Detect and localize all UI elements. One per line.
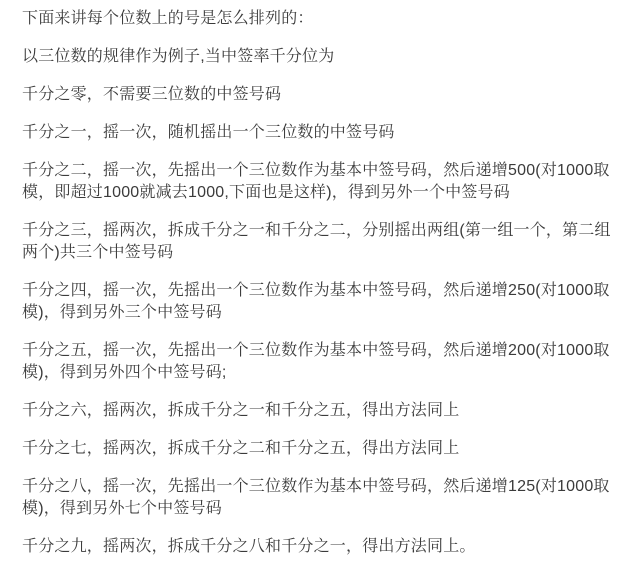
paragraph-rate-2: 千分之二，摇一次，先摇出一个三位数作为基本中签号码，然后递增500(对1000取… [22, 160, 622, 204]
paragraph-rate-0: 千分之零，不需要三位数的中签号码 [22, 84, 622, 106]
paragraph-rate-8: 千分之八，摇一次，先摇出一个三位数作为基本中签号码，然后递增125(对1000取… [22, 476, 622, 520]
article-body: 下面来讲每个位数上的号是怎么排列的： 以三位数的规律作为例子,当中签率千分位为 … [0, 0, 640, 579]
paragraph-rate-1: 千分之一，摇一次，随机摇出一个三位数的中签号码 [22, 122, 622, 144]
paragraph-rate-4: 千分之四，摇一次，先摇出一个三位数作为基本中签号码，然后递增250(对1000取… [22, 280, 622, 324]
paragraph-example-note: 以三位数的规律作为例子,当中签率千分位为 [22, 46, 622, 68]
paragraph-rate-9: 千分之九，摇两次，拆成千分之八和千分之一，得出方法同上。 [22, 536, 622, 558]
paragraph-rate-7: 千分之七，摇两次，拆成千分之二和千分之五，得出方法同上 [22, 438, 622, 460]
paragraph-rate-5: 千分之五，摇一次，先摇出一个三位数作为基本中签号码，然后递增200(对1000取… [22, 340, 622, 384]
paragraph-rate-6: 千分之六，摇两次，拆成千分之一和千分之五，得出方法同上 [22, 400, 622, 422]
paragraph-intro: 下面来讲每个位数上的号是怎么排列的： [22, 8, 622, 30]
paragraph-rate-3: 千分之三，摇两次，拆成千分之一和千分之二，分别摇出两组(第一组一个，第二组两个)… [22, 220, 622, 264]
